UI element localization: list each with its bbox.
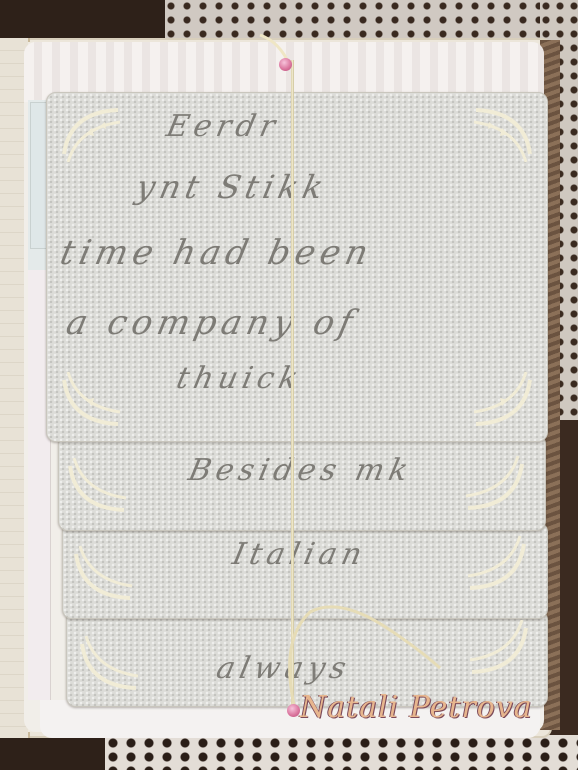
pink-pin-top: [279, 58, 292, 71]
script-line-3: time had been: [57, 233, 377, 273]
lace-corner-icon: [470, 104, 534, 168]
lace-corner-icon: [464, 530, 528, 594]
lace-corner-icon: [66, 452, 130, 516]
lace-corner-icon: [466, 614, 530, 678]
lace-corner-icon: [78, 630, 142, 694]
script-line-2: ynt Stikk: [133, 168, 332, 206]
script-line-5: thuick: [173, 361, 306, 396]
script-line-4: a company of: [63, 303, 361, 343]
lace-corner-icon: [72, 540, 136, 604]
lace-corner-icon: [60, 366, 124, 430]
lace-corner-icon: [462, 450, 526, 514]
script-text: Besides mk: [185, 453, 416, 488]
lace-doily-bottom: [105, 735, 578, 770]
lace-corner-icon: [60, 104, 124, 168]
script-text: Italian: [229, 537, 370, 572]
script-line-1: Eerdr: [163, 109, 283, 144]
pink-pin-bottom: [287, 704, 300, 717]
watermark-signature: Natali Petrova: [300, 690, 533, 725]
lace-corner-icon: [470, 366, 534, 430]
